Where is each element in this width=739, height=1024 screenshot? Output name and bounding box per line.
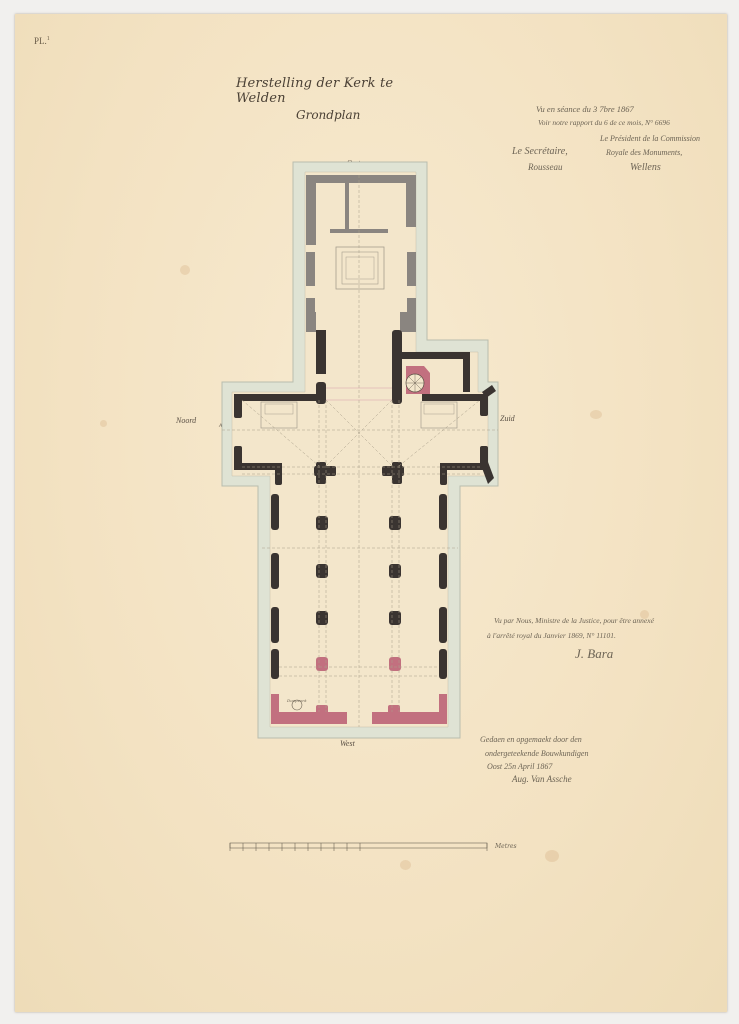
scale-unit-label: Metres xyxy=(495,843,517,850)
scale-bar xyxy=(230,843,487,851)
church-floor-plan xyxy=(0,0,739,1024)
font-label: Doopvont xyxy=(287,698,306,703)
